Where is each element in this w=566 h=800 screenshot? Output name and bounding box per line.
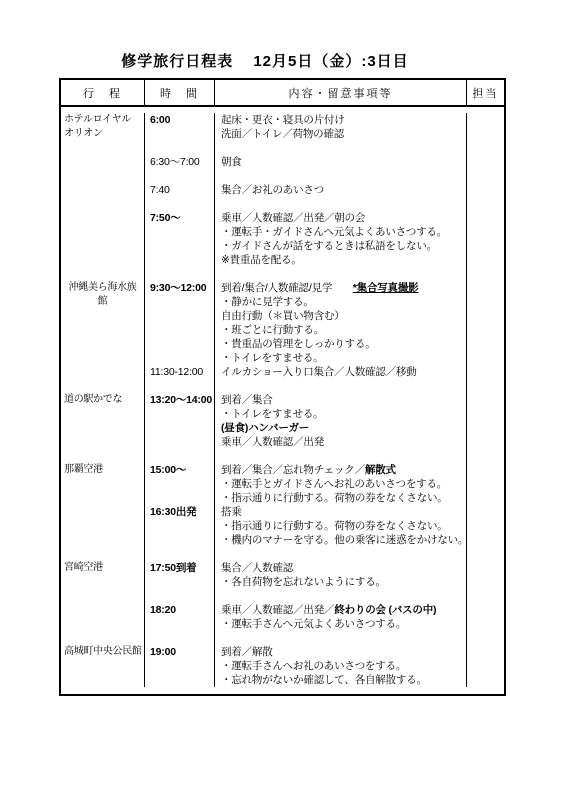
location-cell	[61, 631, 145, 645]
location-cell	[61, 589, 145, 603]
time-cell	[145, 323, 215, 337]
table-row: 宮崎空港17:50到着集合／人数確認	[61, 561, 504, 575]
content-text: 搭乗	[221, 506, 242, 518]
staff-cell	[467, 603, 504, 617]
time-cell	[145, 491, 215, 505]
location-cell	[61, 155, 145, 169]
content-cell: 洗面／トイレ／荷物の確認	[215, 127, 467, 141]
table-row	[61, 547, 504, 561]
staff-cell	[467, 253, 504, 267]
location-cell	[61, 449, 145, 463]
content-text: 朝食	[221, 156, 242, 168]
content-text: 到着／集合／忘れ物チェック／	[221, 464, 365, 476]
time-cell	[145, 127, 215, 141]
content-cell: 自由行動（＊買い物含む）	[215, 309, 467, 323]
location-cell	[61, 673, 145, 687]
content-cell: 朝食	[215, 155, 467, 169]
staff-cell	[467, 295, 504, 309]
time-cell	[145, 309, 215, 323]
content-cell: ・忘れ物がないか確認して、各自解散する。	[215, 673, 467, 687]
location-cell	[61, 239, 145, 253]
location-cell	[61, 617, 145, 631]
table-row	[61, 267, 504, 281]
table-row	[61, 449, 504, 463]
table-row: 自由行動（＊買い物含む）	[61, 309, 504, 323]
table-row: ・忘れ物がないか確認して、各自解散する。	[61, 673, 504, 687]
staff-cell	[467, 421, 504, 435]
time-cell	[145, 519, 215, 533]
content-cell: 到着／集合／忘れ物チェック／解散式	[215, 463, 467, 477]
content-text: ・運転手・ガイドさんへ元気よくあいさつする。	[221, 226, 447, 238]
time-cell	[145, 267, 215, 281]
content-cell	[215, 589, 467, 603]
staff-cell	[467, 491, 504, 505]
content-cell: ・ガイドさんが話をするときは私語をしない。	[215, 239, 467, 253]
location-cell	[61, 505, 145, 519]
staff-cell	[467, 435, 504, 449]
location-cell	[61, 491, 145, 505]
time-cell: 6:30～7:00	[145, 155, 215, 169]
table-row: 高城町中央公民館19:00到着／解散	[61, 645, 504, 659]
content-text: ・各自荷物を忘れないようにする。	[221, 576, 386, 588]
location-cell	[61, 533, 145, 547]
staff-cell	[467, 533, 504, 547]
staff-cell	[467, 183, 504, 197]
table-row	[61, 141, 504, 155]
time-cell	[145, 225, 215, 239]
content-text: (昼食)ハンバーガー	[221, 422, 309, 434]
table-row: ・指示通りに行動する。荷物の券をなくさない。	[61, 519, 504, 533]
content-cell: ・機内のマナーを守る。他の乗客に迷惑をかけない。	[215, 533, 467, 547]
content-cell: (昼食)ハンバーガー	[215, 421, 467, 435]
staff-cell	[467, 561, 504, 575]
time-cell: 15:00～	[145, 463, 215, 477]
staff-cell	[467, 127, 504, 141]
content-cell: ・運転手とガイドさんへお礼のあいさつをする。	[215, 477, 467, 491]
location-cell	[61, 225, 145, 239]
staff-cell	[467, 617, 504, 631]
table-row: ・トイレをすませる。	[61, 407, 504, 421]
content-text: ・班ごとに行動する。	[221, 324, 324, 336]
content-cell: イルカショー入り口集合／人数確認／移動	[215, 365, 467, 379]
location-cell	[61, 323, 145, 337]
content-text: ・運転手さんへお礼のあいさつをする。	[221, 660, 406, 672]
time-cell: 13:20～14:00	[145, 393, 215, 407]
content-cell: ・トイレをすませる。	[215, 407, 467, 421]
content-text: 到着／解散	[221, 646, 273, 658]
content-text: ・静かに見学する。	[221, 296, 314, 308]
staff-cell	[467, 449, 504, 463]
location-cell	[61, 603, 145, 617]
time-cell	[145, 617, 215, 631]
staff-cell	[467, 463, 504, 477]
staff-cell	[467, 169, 504, 183]
content-text: 乗車／人数確認／出発／朝の会	[221, 212, 365, 224]
content-text: 洗面／トイレ／荷物の確認	[221, 128, 344, 140]
time-cell	[145, 295, 215, 309]
table-row: 16:30出発搭乗	[61, 505, 504, 519]
table-row: 那覇空港15:00～到着／集合／忘れ物チェック／解散式	[61, 463, 504, 477]
table-header-row: 行 程 時 間 内容・留意事項等 担当	[61, 80, 504, 107]
content-cell	[215, 197, 467, 211]
staff-cell	[467, 379, 504, 393]
content-cell: ・静かに見学する。	[215, 295, 467, 309]
column-header-itinerary: 行 程	[61, 80, 145, 105]
content-cell: 乗車／人数確認／出発／朝の会	[215, 211, 467, 225]
table-row: ホテルロイヤル6:00起床・更衣・寝具の片付け	[61, 113, 504, 127]
content-cell: ・運転手・ガイドさんへ元気よくあいさつする。	[215, 225, 467, 239]
content-cell: 到着/集合/人数確認/見学 *集合写真撮影	[215, 281, 467, 295]
content-text: ・忘れ物がないか確認して、各自解散する。	[221, 674, 427, 686]
location-cell	[61, 435, 145, 449]
content-text: 起床・更衣・寝具の片付け	[221, 114, 345, 126]
time-cell	[145, 379, 215, 393]
location-cell: 道の駅かでな	[61, 393, 145, 407]
content-cell: ・班ごとに行動する。	[215, 323, 467, 337]
content-cell: 搭乗	[215, 505, 467, 519]
content-cell	[215, 449, 467, 463]
table-row: 7:40集合／お礼のあいさつ	[61, 183, 504, 197]
location-cell: オリオン	[61, 127, 145, 141]
table-row: 沖縄美ら海水族9:30～12:00到着/集合/人数確認/見学 *集合写真撮影	[61, 281, 504, 295]
content-cell: ・トイレをすませる。	[215, 351, 467, 365]
staff-cell	[467, 673, 504, 687]
content-text: イルカショー入り口集合／人数確認／移動	[221, 366, 417, 378]
content-text: ・トイレをすませる。	[221, 352, 323, 364]
time-cell	[145, 673, 215, 687]
content-text: ・指示通りに行動する。荷物の券をなくさない。	[221, 520, 448, 532]
staff-cell	[467, 519, 504, 533]
content-cell: 到着／解散	[215, 645, 467, 659]
staff-cell	[467, 575, 504, 589]
content-text: 解散式	[365, 464, 396, 476]
page-title-main: 修学旅行日程表	[121, 50, 233, 71]
content-cell: 集合／人数確認	[215, 561, 467, 575]
location-cell: 那覇空港	[61, 463, 145, 477]
staff-cell	[467, 267, 504, 281]
content-text: ・運転手さんへ元気よくあいさつする。	[221, 618, 406, 630]
time-cell	[145, 449, 215, 463]
time-cell	[145, 351, 215, 365]
location-cell	[61, 365, 145, 379]
time-cell	[145, 477, 215, 491]
content-text: 終わりの会 (バスの中)	[334, 604, 436, 616]
content-text: 乗車／人数確認／出発	[221, 436, 324, 448]
staff-cell	[467, 141, 504, 155]
location-cell	[61, 169, 145, 183]
time-cell	[145, 547, 215, 561]
content-cell: 乗車／人数確認／出発	[215, 435, 467, 449]
content-cell: ・運転手さんへお礼のあいさつをする。	[215, 659, 467, 673]
table-row: 館・静かに見学する。	[61, 295, 504, 309]
time-cell	[145, 435, 215, 449]
content-text: 到着／集合	[221, 394, 273, 406]
table-row: ・運転手とガイドさんへお礼のあいさつをする。	[61, 477, 504, 491]
table-row: 7:50～乗車／人数確認／出発／朝の会	[61, 211, 504, 225]
content-cell: ・運転手さんへ元気よくあいさつする。	[215, 617, 467, 631]
time-cell	[145, 631, 215, 645]
time-cell: 17:50到着	[145, 561, 215, 575]
table-row	[61, 631, 504, 645]
staff-cell	[467, 211, 504, 225]
table-row: 道の駅かでな13:20～14:00到着／集合	[61, 393, 504, 407]
table-row: ・機内のマナーを守る。他の乗客に迷惑をかけない。	[61, 533, 504, 547]
time-cell	[145, 337, 215, 351]
content-cell: ・指示通りに行動する。荷物の券をなくさない。	[215, 519, 467, 533]
time-cell	[145, 575, 215, 589]
location-cell	[61, 519, 145, 533]
staff-cell	[467, 309, 504, 323]
content-text: *集合写真撮影	[353, 282, 419, 294]
time-cell	[145, 659, 215, 673]
content-cell	[215, 547, 467, 561]
table-row: ・指示通りに行動する。荷物の券をなくさない。	[61, 491, 504, 505]
content-text: ・ガイドさんが話をするときは私語をしない。	[221, 240, 437, 252]
time-cell	[145, 197, 215, 211]
time-cell: 9:30～12:00	[145, 281, 215, 295]
staff-cell	[467, 477, 504, 491]
content-text: 到着/集合/人数確認/見学	[221, 282, 332, 294]
location-cell	[61, 659, 145, 673]
time-cell	[145, 533, 215, 547]
location-cell	[61, 379, 145, 393]
time-cell	[145, 169, 215, 183]
content-cell: ・指示通りに行動する。荷物の券をなくさない。	[215, 491, 467, 505]
table-row: 18:20乗車／人数確認／出発／終わりの会 (バスの中)	[61, 603, 504, 617]
page-title: 修学旅行日程表 12月5日（金）:3日目	[0, 50, 548, 71]
location-cell	[61, 575, 145, 589]
table-row: オリオン洗面／トイレ／荷物の確認	[61, 127, 504, 141]
table-row: 乗車／人数確認／出発	[61, 435, 504, 449]
content-cell: ※貴重品を配る。	[215, 253, 467, 267]
staff-cell	[467, 659, 504, 673]
content-cell	[215, 379, 467, 393]
location-cell	[61, 253, 145, 267]
staff-cell	[467, 505, 504, 519]
content-text	[332, 282, 353, 294]
time-cell	[145, 141, 215, 155]
location-cell	[61, 337, 145, 351]
location-cell	[61, 141, 145, 155]
time-cell: 16:30出発	[145, 505, 215, 519]
table-row: ・ガイドさんが話をするときは私語をしない。	[61, 239, 504, 253]
time-cell: 18:20	[145, 603, 215, 617]
staff-cell	[467, 225, 504, 239]
staff-cell	[467, 155, 504, 169]
time-cell: 19:00	[145, 645, 215, 659]
table-row: 11:30-12:00イルカショー入り口集合／人数確認／移動	[61, 365, 504, 379]
staff-cell	[467, 365, 504, 379]
document-page: 修学旅行日程表 12月5日（金）:3日目 行 程 時 間 内容・留意事項等 担当…	[0, 0, 566, 800]
location-cell: 館	[61, 295, 145, 309]
staff-cell	[467, 239, 504, 253]
table-row: ・運転手さんへ元気よくあいさつする。	[61, 617, 504, 631]
location-cell	[61, 477, 145, 491]
time-cell	[145, 407, 215, 421]
staff-cell	[467, 547, 504, 561]
time-cell: 7:50～	[145, 211, 215, 225]
location-cell	[61, 183, 145, 197]
location-cell: ホテルロイヤル	[61, 113, 145, 127]
schedule-table: 行 程 時 間 内容・留意事項等 担当 ホテルロイヤル6:00起床・更衣・寝具の…	[59, 78, 506, 696]
content-cell	[215, 141, 467, 155]
staff-cell	[467, 407, 504, 421]
staff-cell	[467, 351, 504, 365]
table-row	[61, 169, 504, 183]
staff-cell	[467, 645, 504, 659]
content-text: ・トイレをすませる。	[221, 408, 323, 420]
time-cell	[145, 421, 215, 435]
location-cell	[61, 211, 145, 225]
table-row: 6:30～7:00朝食	[61, 155, 504, 169]
table-row: ・運転手さんへお礼のあいさつをする。	[61, 659, 504, 673]
location-cell	[61, 197, 145, 211]
table-row: ・運転手・ガイドさんへ元気よくあいさつする。	[61, 225, 504, 239]
content-cell	[215, 631, 467, 645]
content-cell: 起床・更衣・寝具の片付け	[215, 113, 467, 127]
table-row	[61, 379, 504, 393]
location-cell	[61, 267, 145, 281]
location-cell	[61, 351, 145, 365]
content-text: 集合／人数確認	[221, 562, 293, 574]
time-cell: 7:40	[145, 183, 215, 197]
content-cell: 乗車／人数確認／出発／終わりの会 (バスの中)	[215, 603, 467, 617]
staff-cell	[467, 589, 504, 603]
time-cell	[145, 589, 215, 603]
table-row	[61, 197, 504, 211]
location-cell: 宮崎空港	[61, 561, 145, 575]
staff-cell	[467, 197, 504, 211]
column-header-contents: 内容・留意事項等	[215, 80, 467, 105]
content-text: ・機内のマナーを守る。他の乗客に迷惑をかけない。	[221, 534, 467, 546]
staff-cell	[467, 393, 504, 407]
column-header-staff: 担当	[467, 80, 504, 105]
content-cell: 集合／お礼のあいさつ	[215, 183, 467, 197]
page-title-date: 12月5日（金）:3日目	[253, 50, 408, 71]
staff-cell	[467, 281, 504, 295]
table-row: ※貴重品を配る。	[61, 253, 504, 267]
table-row: ・貴重品の管理をしっかりする。	[61, 337, 504, 351]
content-text: ・運転手とガイドさんへお礼のあいさつをする。	[221, 478, 447, 490]
location-cell	[61, 407, 145, 421]
table-row: ・各自荷物を忘れないようにする。	[61, 575, 504, 589]
time-cell	[145, 239, 215, 253]
time-cell: 6:00	[145, 113, 215, 127]
table-row: ・トイレをすませる。	[61, 351, 504, 365]
staff-cell	[467, 323, 504, 337]
content-text: 集合／お礼のあいさつ	[221, 184, 324, 196]
table-row: ・班ごとに行動する。	[61, 323, 504, 337]
location-cell: 高城町中央公民館	[61, 645, 145, 659]
staff-cell	[467, 631, 504, 645]
table-row: (昼食)ハンバーガー	[61, 421, 504, 435]
content-cell: ・貴重品の管理をしっかりする。	[215, 337, 467, 351]
location-cell	[61, 547, 145, 561]
staff-cell	[467, 337, 504, 351]
content-text: ・貴重品の管理をしっかりする。	[221, 338, 376, 350]
location-cell: 沖縄美ら海水族	[61, 281, 145, 295]
table-row	[61, 589, 504, 603]
location-cell	[61, 309, 145, 323]
content-cell	[215, 169, 467, 183]
content-text: 自由行動（＊買い物含む）	[221, 310, 345, 322]
location-cell	[61, 421, 145, 435]
content-text: 乗車／人数確認／出発／	[221, 604, 334, 616]
content-cell	[215, 267, 467, 281]
column-header-time: 時 間	[145, 80, 215, 105]
table-body: ホテルロイヤル6:00起床・更衣・寝具の片付けオリオン洗面／トイレ／荷物の確認6…	[61, 107, 504, 694]
time-cell	[145, 253, 215, 267]
staff-cell	[467, 113, 504, 127]
content-text: ・指示通りに行動する。荷物の券をなくさない。	[221, 492, 448, 504]
time-cell: 11:30-12:00	[145, 365, 215, 379]
content-cell: ・各自荷物を忘れないようにする。	[215, 575, 467, 589]
content-cell: 到着／集合	[215, 393, 467, 407]
content-text: ※貴重品を配る。	[221, 254, 302, 266]
